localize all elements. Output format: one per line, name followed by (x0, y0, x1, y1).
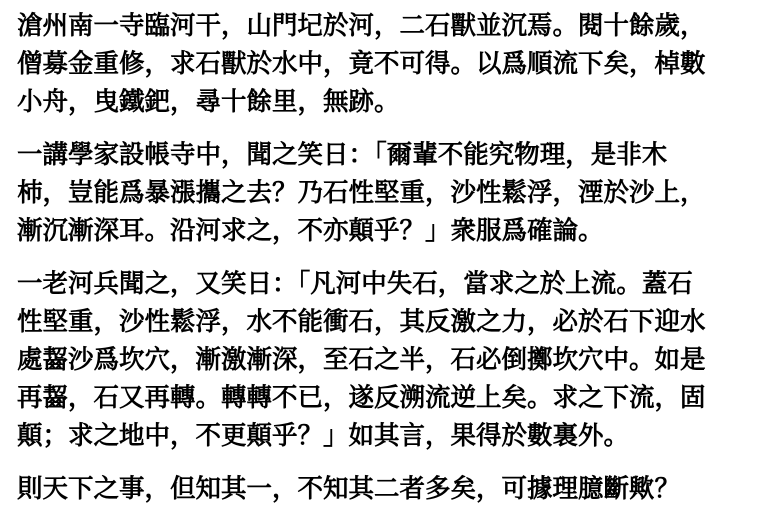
paragraph-4: 則天下之事，但知其一，不知其二者多矣，可據理臆斷歟？ (17, 470, 759, 508)
paragraph-2: 一講學家設帳寺中，聞之笑日：「爾輩不能究物理，是非木 杮，豈能爲暴漲攜之去？乃石… (17, 136, 759, 250)
paragraph-1: 滄州南一寺臨河干，山門圮於河，二石獸並沉焉。閱十餘歲， 僧募金重修，求石獸於水中… (17, 7, 759, 121)
paragraph-3: 一老河兵聞之，又笑日：「凡河中失石，當求之於上流。蓋石 性堅重，沙性鬆浮，水不能… (17, 265, 759, 455)
document-page: 滄州南一寺臨河干，山門圮於河，二石獸並沉焉。閱十餘歲， 僧募金重修，求石獸於水中… (0, 0, 779, 508)
